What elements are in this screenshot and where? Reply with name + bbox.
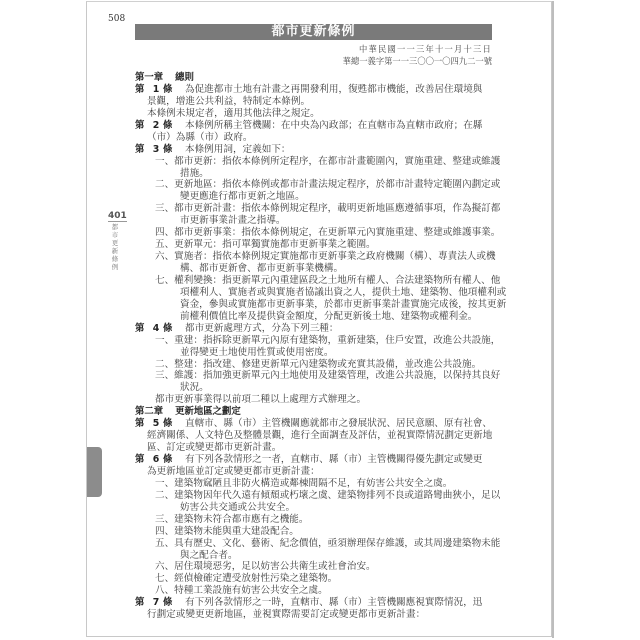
- article-number: 第1條: [135, 84, 185, 95]
- chapter-label: 第一章: [135, 72, 163, 83]
- article-num: 3: [149, 144, 163, 156]
- list-item-continuation: 變更應進行都市更新之地區。: [135, 191, 495, 203]
- list-item: 二、整建：指改建、修建更新單元內建築物或充實其設備，並改進公共設施。: [135, 359, 495, 371]
- list-item: 三、建築物未符合都市應有之機能。: [135, 514, 495, 526]
- article-line: 第4條都市更新處理方式，分為下列三種：: [135, 323, 495, 335]
- chapter-heading: 第二章更新地區之劃定: [135, 406, 495, 418]
- list-item: 七、經偵檢確定遭受放射性污染之建築物。: [135, 573, 495, 585]
- article-prefix: 第: [135, 120, 149, 132]
- side-tab-label: 都市更新條例: [110, 223, 120, 271]
- article-number: 第6條: [135, 454, 185, 465]
- article-text: 有下列各款情形之一者，直轄市、縣（市）主管機關得優先劃定或變更: [185, 454, 482, 465]
- paragraph-line: 為更新地區並訂定或變更都市更新計畫：: [135, 466, 495, 478]
- article-num: 6: [149, 454, 163, 466]
- article-prefix: 第: [135, 323, 149, 335]
- article-prefix: 第: [135, 418, 149, 430]
- chapter-title: 更新地區之劃定: [175, 406, 241, 417]
- promulgation-info: 中華民國一一三年十一月十三日 華總一義字第一一三〇〇一〇四九二一號: [330, 43, 492, 67]
- article-suffix: 條: [163, 418, 185, 430]
- list-item: 一、重建：指拆除更新單元內原有建築物，重新建築，住戶安置，改進公共設施，: [135, 335, 495, 347]
- article-line: 第7條有下列各款情形之一時，直轄市、縣（市）主管機關應視實際情況，迅: [135, 597, 495, 609]
- paragraph-line: 經濟關係、人文特色及整體景觀，進行全面調查及評估，並視實際情況劃定更新地: [135, 430, 495, 442]
- list-item-continuation: 項權利人、實施者或與實施者協議出資之人，提供土地、建築物、他項權利或: [135, 287, 495, 299]
- paragraph-line: 景觀，增進公共利益，特制定本條例。: [135, 96, 495, 108]
- list-item-continuation: 前權利價值比率及提供資金額度，分配更新後土地、建築物或權利金。: [135, 311, 495, 323]
- article-suffix: 條: [163, 84, 185, 96]
- page-number: 508: [108, 14, 125, 24]
- article-suffix: 條: [163, 597, 185, 609]
- list-item-continuation: 資金，參與或實施都市更新事業，於都市更新事業計畫實施完成後，按其更新: [135, 299, 495, 311]
- article-text: 本條例所稱主管機關：在中央為內政部；在直轄市為直轄市政府；在縣: [185, 120, 482, 131]
- article-prefix: 第: [135, 144, 149, 156]
- article-text: 都市更新處理方式，分為下列三種：: [185, 323, 339, 334]
- chapter-title: 總則: [175, 72, 194, 83]
- article-prefix: 第: [135, 597, 149, 609]
- chapter-heading: 第一章總則: [135, 72, 495, 84]
- article-text: 本條例用詞，定義如下：: [185, 144, 291, 155]
- article-text: 有下列各款情形之一時，直轄市、縣（市）主管機關應視實際情況，迅: [185, 597, 482, 608]
- document-body: 第一章總則第1條為促進都市土地有計畫之再開發利用，復甦都市機能，改善居住環境與景…: [135, 72, 495, 621]
- article-suffix: 條: [163, 454, 185, 466]
- page-title: 都市更新條例: [135, 24, 492, 40]
- list-item-continuation: 與之配合者。: [135, 550, 495, 562]
- list-item: 一、都市更新：指依本條例所定程序，在都市計畫範圍內，實施重建、整建或維護: [135, 156, 495, 168]
- article-number: 第4條: [135, 323, 185, 334]
- list-item: 三、都市更新計畫：指依本條例規定程序，載明更新地區應遵循事項，作為擬訂都: [135, 203, 495, 215]
- article-number: 第7條: [135, 597, 185, 608]
- list-item-continuation: 妨害公共交通或公共安全。: [135, 502, 495, 514]
- article-number: 第2條: [135, 120, 185, 131]
- article-suffix: 條: [163, 120, 185, 132]
- article-num: 2: [149, 120, 163, 132]
- list-item: 三、維護：指加強更新單元內土地使用及建築管理，改進公共設施，以保持其良好: [135, 370, 495, 382]
- list-item: 七、權利變換：指更新單元內重建區段之土地所有權人、合法建築物所有權人、他: [135, 275, 495, 287]
- list-item-continuation: 狀況。: [135, 382, 495, 394]
- promulgation-date: 中華民國一一三年十一月十三日: [330, 43, 492, 55]
- article-text: 直轄市、縣（市）主管機關應就都市之發展狀況、居民意願、原有社會、: [185, 418, 492, 429]
- list-item: 五、具有歷史、文化、藝術、紀念價值，亟須辦理保存維護，或其周邊建築物未能: [135, 538, 495, 550]
- list-item: 四、建築物未能與重大建設配合。: [135, 526, 495, 538]
- promulgation-decree-number: 華總一義字第一一三〇〇一〇四九二一號: [330, 55, 492, 67]
- article-num: 7: [149, 597, 163, 609]
- list-item: 四、都市更新事業：指依本條例規定，在更新單元內實施重建、整建或維護事業。: [135, 227, 495, 239]
- list-item-continuation: 並得變更土地使用性質或使用密度。: [135, 347, 495, 359]
- paragraph-line: 本條例未規定者，適用其他法律之規定。: [135, 108, 495, 120]
- title-bar: 都市更新條例: [135, 24, 492, 40]
- paragraph-line: （市）為縣（市）政府。: [135, 132, 495, 144]
- thumb-index-tab: [87, 447, 102, 497]
- article-suffix: 條: [163, 144, 185, 156]
- list-item: 二、建築物因年代久遠有傾頹或朽壞之虞、建築物排列不良或道路彎曲狹小，足以: [135, 490, 495, 502]
- article-num: 5: [149, 418, 163, 430]
- list-item: 一、建築物窳陋且非防火構造或鄰棟間隔不足，有妨害公共安全之虞。: [135, 478, 495, 490]
- article-line: 第1條為促進都市土地有計畫之再開發利用，復甦都市機能，改善居住環境與: [135, 84, 495, 96]
- article-num: 1: [149, 84, 163, 96]
- list-item: 八、特種工業設施有妨害公共安全之虞。: [135, 585, 495, 597]
- article-line: 第3條本條例用詞，定義如下：: [135, 144, 495, 156]
- article-line: 第2條本條例所稱主管機關：在中央為內政部；在直轄市為直轄市政府；在縣: [135, 120, 495, 132]
- article-suffix: 條: [163, 323, 185, 335]
- article-number: 第3條: [135, 144, 185, 155]
- paragraph-line: 區、訂定或變更都市更新計畫。: [135, 442, 495, 454]
- list-item: 六、居住環境惡劣，足以妨害公共衛生或社會治安。: [135, 561, 495, 573]
- page-edge-shadow: [552, 1, 554, 638]
- article-line: 第5條直轄市、縣（市）主管機關應就都市之發展狀況、居民意願、原有社會、: [135, 418, 495, 430]
- list-item-continuation: 構、都市更新會、都市更新事業機構。: [135, 263, 495, 275]
- list-item-continuation: 市更新事業計畫之指導。: [135, 215, 495, 227]
- article-prefix: 第: [135, 454, 149, 466]
- list-item: 都市更新事業得以前項二種以上處理方式辦理之。: [135, 394, 495, 406]
- side-tab-number: 401: [108, 211, 127, 222]
- list-item-continuation: 措施。: [135, 168, 495, 180]
- chapter-label: 第二章: [135, 406, 163, 417]
- article-text: 為促進都市土地有計畫之再開發利用，復甦都市機能，改善居住環境與: [185, 84, 482, 95]
- article-prefix: 第: [135, 84, 149, 96]
- list-item: 五、更新單元：指可單獨實施都市更新事業之範圍。: [135, 239, 495, 251]
- article-num: 4: [149, 323, 163, 335]
- article-line: 第6條有下列各款情形之一者，直轄市、縣（市）主管機關得優先劃定或變更: [135, 454, 495, 466]
- article-number: 第5條: [135, 418, 185, 429]
- list-item: 六、實施者：指依本條例規定實施都市更新事業之政府機關（構）、專責法人或機: [135, 251, 495, 263]
- list-item: 二、更新地區：指依本條例或都市計畫法規定程序，於都市計畫特定範圍內劃定或: [135, 179, 495, 191]
- paragraph-line: 行劃定或變更更新地區，並視實際需要訂定或變更都市更新計畫：: [135, 609, 495, 621]
